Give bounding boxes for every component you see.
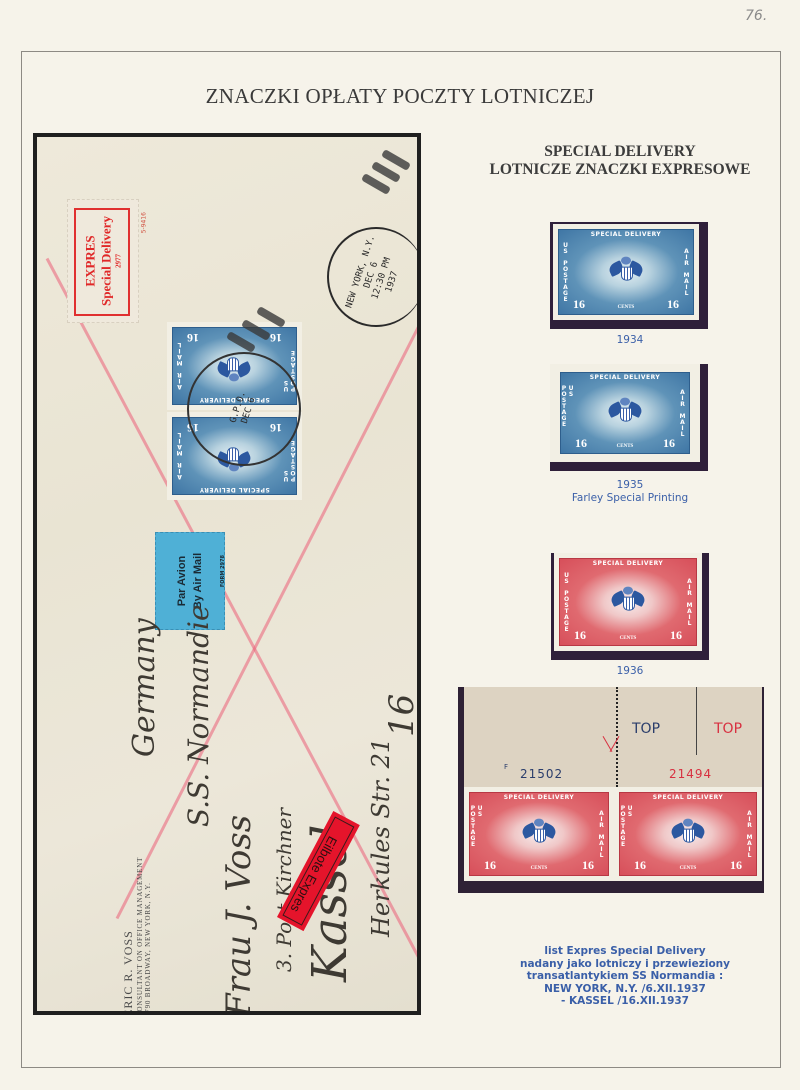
plate-prefix: F: [504, 763, 508, 771]
cover-envelope: EXPRES Special Delivery 2977 5-9416 SPEC…: [33, 133, 421, 1015]
arrow-mark-icon: [604, 735, 618, 753]
sender-address: 1790 BROADWAY, NEW YORK, N.Y.: [144, 857, 152, 1011]
airmail-label-form: FORM 2978: [220, 555, 226, 587]
top-label-blue: TOP: [632, 721, 660, 737]
sender-name: ERIC R. VOSS: [121, 857, 136, 1011]
top-label-red: TOP: [714, 721, 742, 737]
description-line5: - KASSEL /16.XII.1937: [490, 995, 760, 1008]
section-title: SPECIAL DELIVERY LOTNICZE ZNACZKI EXPRES…: [465, 143, 775, 179]
section-title-line2: LOTNICZE ZNACZKI EXPRESOWE: [465, 161, 775, 179]
address-line-number: 16: [382, 694, 417, 737]
plate-number-blue: 21502: [520, 767, 563, 781]
express-label-line2: Special Delivery: [99, 216, 115, 306]
cover-description: list Expres Special Delivery nadany jako…: [490, 945, 760, 1008]
eagle-icon: [611, 257, 641, 285]
plate-number-red: 21494: [669, 767, 712, 781]
address-line-name: Frau J. Voss: [219, 815, 259, 1011]
eagle-icon: [610, 398, 640, 426]
sender-title: CONSULTANT ON OFFICE MANAGEMENT: [136, 857, 144, 1011]
stamp-1936: SPECIAL DELIVERY US POSTAGE AIR MAIL 16 …: [554, 553, 702, 651]
description-line3: transatlantykiem SS Normandia :: [490, 970, 760, 983]
stamp-1934: SPECIAL DELIVERY US POSTAGE AIR MAIL 16 …: [553, 224, 699, 320]
postmark-gpo: G.P.O. DEC 6: [187, 352, 301, 466]
caption-1935: 1935 Farley Special Printing: [520, 479, 740, 505]
caption-1934: 1934: [540, 334, 720, 346]
sender-imprint: ERIC R. VOSS CONSULTANT ON OFFICE MANAGE…: [121, 857, 152, 1011]
description-line2: nadany jako lotniczy i przewieziony: [490, 958, 760, 971]
express-label-code: 5-9416: [140, 212, 147, 233]
express-special-delivery-label: EXPRES Special Delivery 2977 5-9416: [67, 199, 139, 323]
postmark-nyc: NEW YORK, N.Y. DEC 6 12:30 PM 1937: [327, 227, 417, 327]
airmail-label-line2: By Air Mail: [190, 553, 206, 609]
express-label-line3: 2977: [115, 216, 124, 306]
description-line1: list Expres Special Delivery: [490, 945, 760, 958]
plate-block: TOP TOP F 21502 21494 SPECIAL DELIVERY U…: [458, 687, 764, 893]
address-line-street: Herkules Str. 21: [367, 738, 395, 937]
page-number: 76.: [745, 8, 767, 24]
plate-stamp-left: SPECIAL DELIVERY US POSTAGE AIR MAIL 16 …: [464, 787, 614, 881]
plate-selvage: TOP TOP F 21502 21494: [464, 687, 762, 787]
address-line-ship: S.S. Normandie: [182, 604, 215, 827]
description-line4: NEW YORK, N.Y. /6.XII.1937: [490, 983, 760, 996]
express-label-line1: EXPRES: [83, 216, 99, 306]
eagle-icon: [673, 819, 703, 847]
eagle-icon: [524, 819, 554, 847]
airmail-label-line1: Par Avion: [174, 553, 190, 609]
stamp-1935: SPECIAL DELIVERY US POSTAGE AIR MAIL 16 …: [550, 364, 700, 462]
caption-1935-note: Farley Special Printing: [520, 492, 740, 505]
envelope-paper: EXPRES Special Delivery 2977 5-9416 SPEC…: [37, 137, 417, 1011]
eagle-icon: [613, 587, 643, 615]
caption-1936: 1936: [540, 665, 720, 677]
section-title-line1: SPECIAL DELIVERY: [465, 143, 775, 161]
page-title: ZNACZKI OPŁATY POCZTY LOTNICZEJ: [0, 84, 800, 109]
plate-stamp-right: SPECIAL DELIVERY US POSTAGE AIR MAIL 16 …: [614, 787, 762, 881]
address-line-country: Germany: [127, 618, 162, 757]
